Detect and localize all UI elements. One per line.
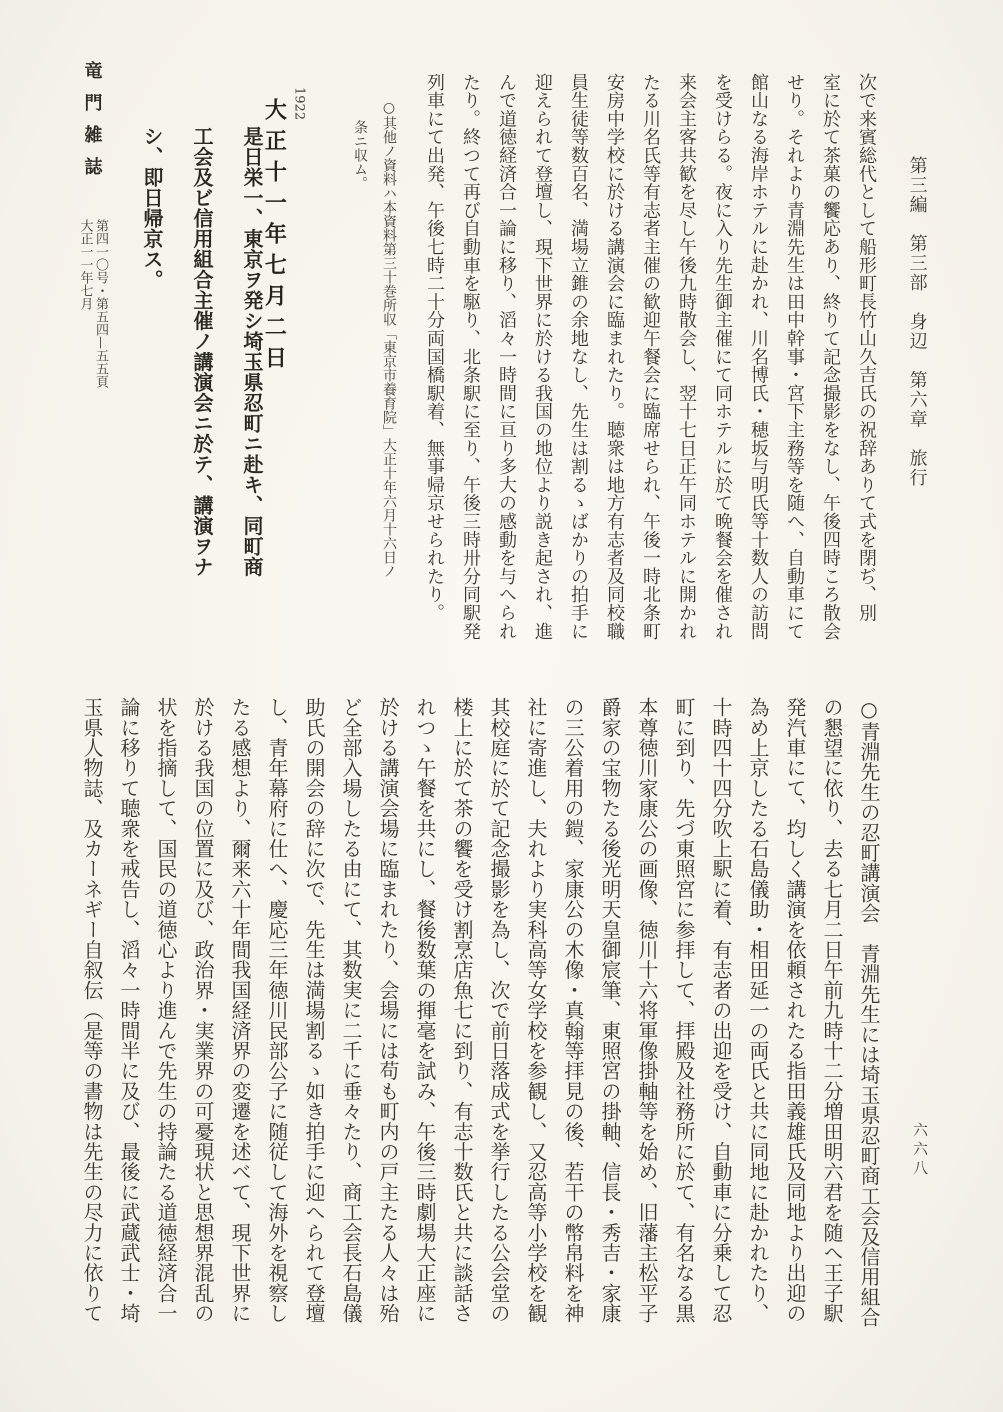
text-column: ど全部入場したる由にて、其数実に二千に垂々たり、商工会長石島儀 [332,697,369,1359]
text-column: を受けらる。夜に入り先生御主催にて同ホテルに於て晩餐会を催され [704,73,740,655]
text-column: 助氏の開会の辞に次で、先生は満場割るゝ如き拍手に迎へられて登壇 [295,697,332,1359]
text-column: 安房中学校に於ける講演会に臨まれたり。聴衆は地方有志者及同校職 [596,73,632,655]
text-column: 員生徒等数百名、満場立錐の余地なし、先生は割るゝばかりの拍手に [560,73,596,655]
text-column: 其校庭に於て記念撮影を為し、次で前日落成式を挙行したる公会堂の [480,697,517,1359]
text-column: 発汽車にて、均しく講演を依頼されたる指田義雄氏及同地より出迎の [776,697,813,1359]
text-column: ○青淵先生の忍町講演会 青淵先生には埼玉県忍町商工会及信用組合 [850,697,887,1359]
text-column: シ、即日帰京ス。 [127,126,177,606]
text-column: ○其他ノ資料ハ本資料第三十巻所収「東京市養育院」大正十年六月十六日ノ [374,100,403,620]
text-column: 次で来賓総代として船形町長竹山久吉氏の祝辞ありて式を閉ぢ、別 [848,73,884,655]
text-column: 館山なる海岸ホテルに赴かれ、川名博氏・穂坂与明氏等十数人の訪問 [740,73,776,655]
page-number: 六六八 [910,1122,931,1179]
entry-summary: 是日栄一、東京ヲ発シ埼玉県忍町ニ赴キ、同町商工会及ビ信用組合主催ノ講演会ニ於テ、… [127,126,277,606]
text-column: 是日栄一、東京ヲ発シ埼玉県忍町ニ赴キ、同町商 [227,126,277,606]
text-column: 於ける我国の位置に及び、政治界・実業界の可憂現状と思想界混乱の [184,697,221,1359]
text-column: 楼上に於て茶の饗を受け割烹店魚七に到り、有志十数氏と共に談話さ [443,697,480,1359]
text-column: 来会主客共歓を尽し午後九時散会し、翌十七日正午同ホテルに開かれ [668,73,704,655]
text-column: 状を指摘して、国民の道徳心より進んで先生の持論たる道徳経済合一 [147,697,184,1359]
text-column: 於ける講演会場に臨まれたり、会場には苟も町内の戸主たる人々は殆 [369,697,406,1359]
text-column: 社に寄進し、夫れより実科高等女学校を参観し、又忍高等小学校を観 [517,697,554,1359]
text-column: 為め上京したる石島儀助・相田延一の両氏と共に同地に赴かれたり、 [739,697,776,1359]
text-column: の懇望に依り、去る七月二日午前九時十二分増田明六君を随へ王子駅 [813,697,850,1359]
text-column: たり。終つて再び自動車を駆り、北条駅に至り、午後三時卅分同駅発 [452,73,488,655]
text-column: 迎えられて登壇し、現下世界に於ける我国の地位より説き起され、進 [524,73,560,655]
source-journal-meta: 第四一〇号・第五四—五五頁 大正一一年七月 [77,219,108,449]
text-column: せり。それより青淵先生は田中幹事・宮下主務等を随へ、自動車にて [776,73,812,655]
source-journal-date: 大正一一年七月 [77,219,93,449]
text-column: 列車にて出発、午後七時二十分両国橋駅着、無事帰京せられたり。 [416,73,452,655]
chapter-running-head: 第三編 第三部 身辺 第六章 旅行 [906,156,928,488]
other-source-note: ○其他ノ資料ハ本資料第三十巻所収「東京市養育院」大正十年六月十六日ノ条ニ収ム。 [345,100,403,620]
text-column: んで道徳経済合一論に移り、滔々一時間に亘り多大の感動を与へられ [488,73,524,655]
upper-text-block: 次で来賓総代として船形町長竹山久吉氏の祝辞ありて式を閉ぢ、別室に於て茶菓の饗応あ… [416,73,884,655]
text-column: 本尊徳川家康公の画像、徳川十六将軍像掛軸等を始め、旧藩主松平子 [628,697,665,1359]
text-column: れつゝ午餐を共にし、餐後数葉の揮毫を試み、午後三時劇場大正座に [406,697,443,1359]
book-page: 第三編 第三部 身辺 第六章 旅行 次で来賓総代として船形町長竹山久吉氏の祝辞あ… [0,0,1003,1412]
text-column: 論に移りて聴衆を戒告し、滔々一時間半に及び、最後に武蔵武士・埼 [110,697,147,1359]
text-column: たる川名氏等有志者主催の歓迎午餐会に臨席せられ、午後一時北条町 [632,73,668,655]
year-label: 1922 [291,87,305,120]
text-column: 条ニ収ム。 [345,100,374,620]
text-column: 工会及ビ信用組合主催ノ講演会ニ於テ、講演ヲナ [177,126,227,606]
text-column: 町に到り、先づ東照宮に参拝して、拝殿及社務所に於て、有名なる黒 [665,697,702,1359]
text-column: 爵家の宝物たる後光明天皇御宸筆、東照宮の掛軸、信長・秀吉・家康 [591,697,628,1359]
text-column: 玉県人物誌、及カーネギー自叙伝（是等の書物は先生の尽力に依りて [73,697,110,1359]
lower-text-block: ○青淵先生の忍町講演会 青淵先生には埼玉県忍町商工会及信用組合の懇望に依り、去る… [73,697,887,1359]
text-column: の三公着用の鎧、家康公の木像・真翰等拝見の後、若干の幣帛料を神 [554,697,591,1359]
text-column: たる感想より、爾来六十年間我国経済界の変遷を述べて、現下世界に [221,697,258,1359]
source-journal-title: 竜門雑誌 [80,61,103,189]
text-column: し、青年幕府に仕へ、慶応三年徳川民部公子に随従して海外を視察し [258,697,295,1359]
text-column: 室に於て茶菓の饗応あり、終りて記念撮影をなし、午後四時ころ散会 [812,73,848,655]
source-journal-issue: 第四一〇号・第五四—五五頁 [93,219,109,449]
text-column: 十時四十四分吹上駅に着、有志者の出迎を受け、自動車に分乗して忍 [702,697,739,1359]
